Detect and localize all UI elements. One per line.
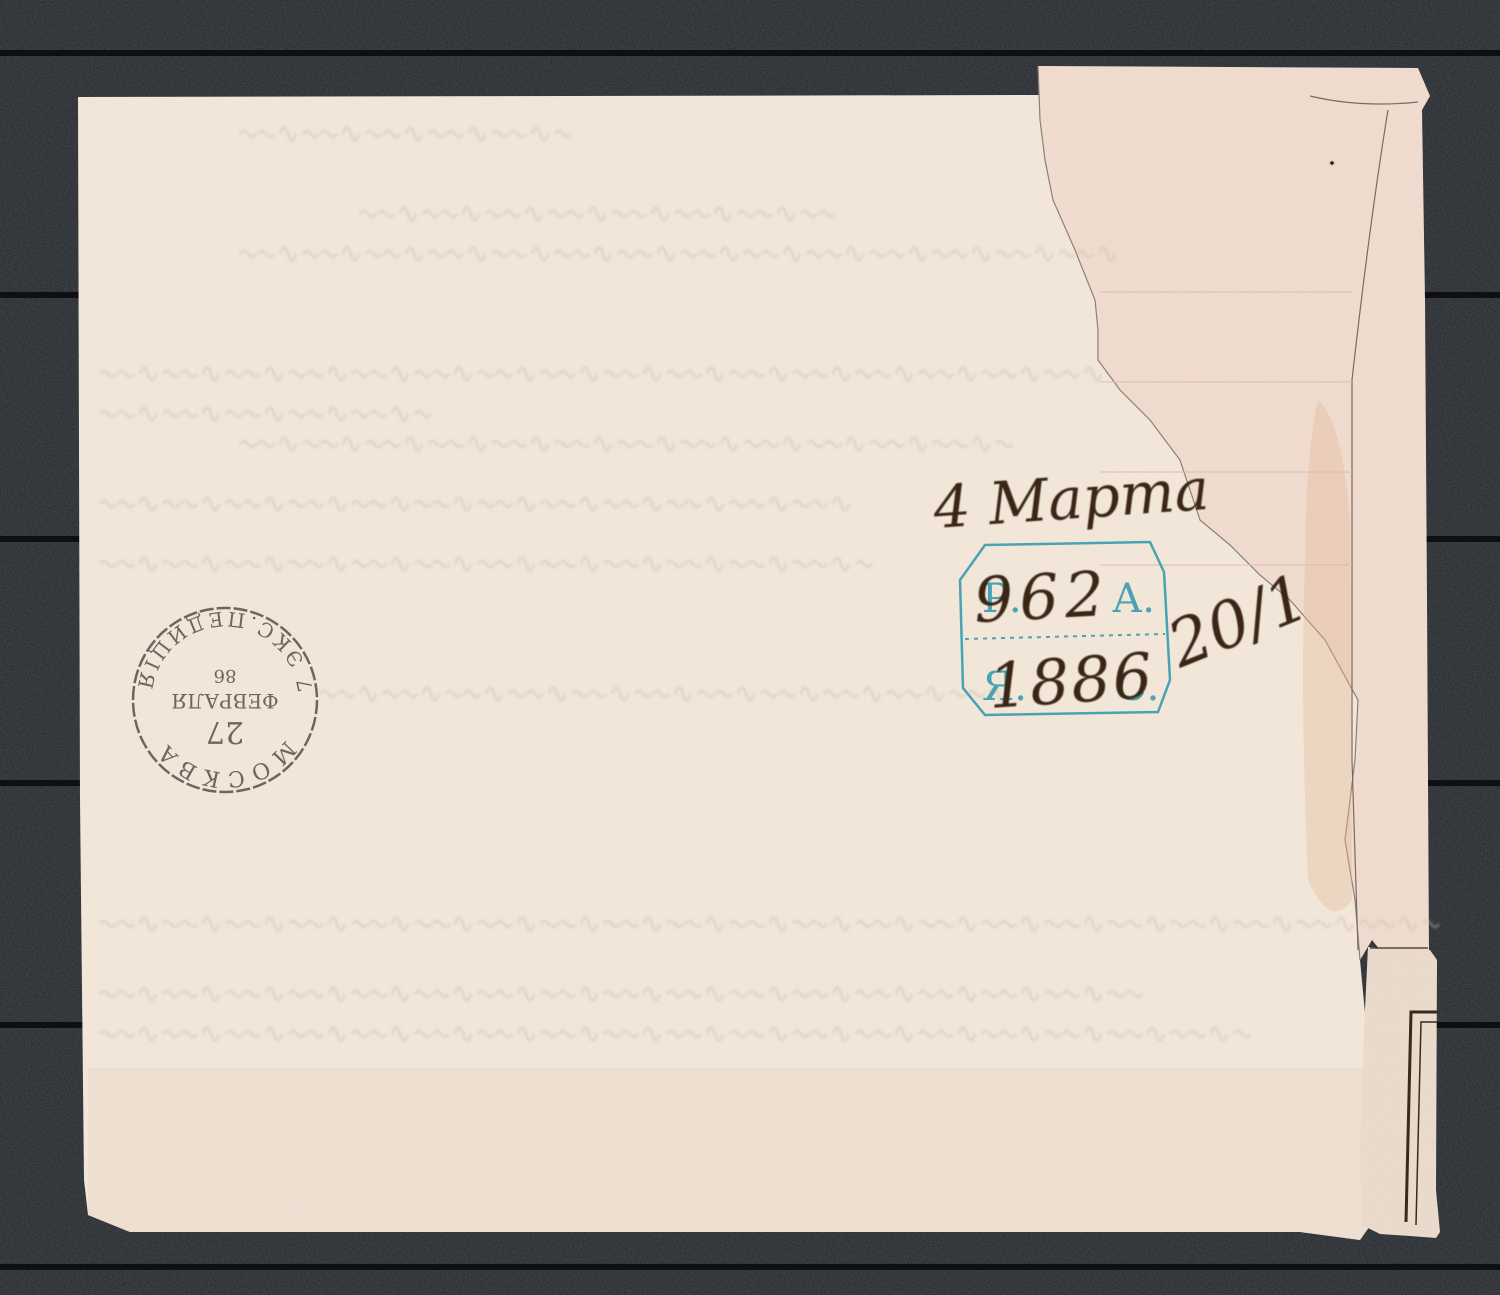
reg-year: 1886 <box>986 639 1156 723</box>
border-fragment <box>1360 947 1440 1238</box>
reg-letter-top-right: А. <box>1112 576 1155 622</box>
postmark-day: 27 <box>206 714 244 749</box>
postmark-year: 86 <box>214 665 237 686</box>
document-photo: МОСКВА 7 ЭКС.ПЕДИЦІЯ 27 ФЕВРАЛЯ 86 4 Мар… <box>0 0 1500 1295</box>
postmark-month: ФЕВРАЛЯ <box>171 689 278 713</box>
reg-number: 962 <box>972 557 1112 637</box>
